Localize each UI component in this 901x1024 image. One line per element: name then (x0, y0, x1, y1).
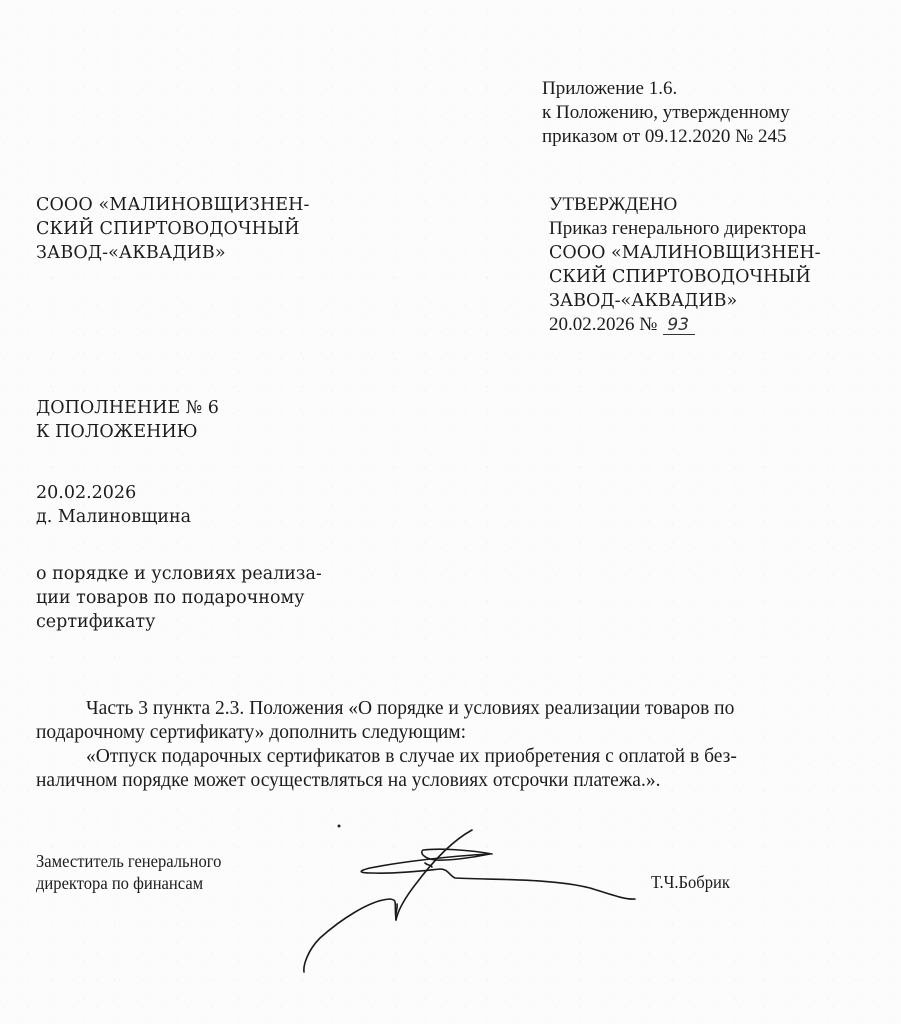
handwritten-signature-icon (290, 820, 650, 980)
appendix-line-2: к Положению, утвержденному (542, 101, 790, 125)
appendix-line-3: приказом от 09.12.2020 № 245 (542, 125, 790, 149)
organization-name: СООО «МАЛИНОВЩИЗНЕН- СКИЙ СПИРТОВОДОЧНЫЙ… (36, 193, 310, 265)
document-subject: о порядке и условиях реализа- ции товаро… (36, 562, 322, 634)
approved-date-number: 20.02.2026 №93 (549, 313, 821, 337)
approved-heading: УТВЕРЖДЕНО (549, 193, 821, 217)
organization-line-1: СООО «МАЛИНОВЩИЗНЕН- (36, 193, 310, 217)
approved-org-line-1: СООО «МАЛИНОВЩИЗНЕН- (549, 241, 821, 265)
organization-line-2: СКИЙ СПИРТОВОДОЧНЫЙ (36, 217, 310, 241)
signatory-position-line-1: Заместитель генерального (36, 850, 221, 872)
document-title-line-1: ДОПОЛНЕНИЕ № 6 (36, 396, 219, 420)
document-page: Приложение 1.6. к Положению, утвержденно… (0, 0, 901, 1024)
signatory-position: Заместитель генерального директора по фи… (36, 850, 221, 894)
signatory-position-line-2: директора по финансам (36, 872, 221, 894)
appendix-line-1: Приложение 1.6. (542, 77, 790, 101)
approved-date: 20.02.2026 № (549, 314, 657, 335)
approval-stamp-block: УТВЕРЖДЕНО Приказ генерального директора… (549, 193, 821, 337)
document-title-line-2: К ПОЛОЖЕНИЮ (36, 420, 219, 444)
subject-line-2: ции товаров по подарочному (36, 586, 322, 610)
appendix-reference: Приложение 1.6. к Положению, утвержденно… (542, 77, 790, 149)
subject-line-3: сертификату (36, 610, 322, 634)
body-line-2: подарочному сертификату» дополнить следу… (36, 721, 882, 745)
approved-order-line: Приказ генерального директора (549, 217, 821, 241)
document-date: 20.02.2026 (36, 481, 191, 505)
signatory-name: Т.Ч.Бобрик (651, 871, 730, 893)
subject-line-1: о порядке и условиях реализа- (36, 562, 322, 586)
body-line-1: Часть 3 пункта 2.3. Положения «О порядке… (36, 697, 882, 721)
approved-org-line-2: СКИЙ СПИРТОВОДОЧНЫЙ (549, 265, 821, 289)
handwritten-order-number: 93 (663, 316, 695, 335)
document-title: ДОПОЛНЕНИЕ № 6 К ПОЛОЖЕНИЮ (36, 396, 219, 444)
approved-org-line-3: ЗАВОД-«АКВАДИВ» (549, 289, 821, 313)
document-body: Часть 3 пункта 2.3. Положения «О порядке… (36, 697, 882, 793)
document-place: д. Малиновщина (36, 505, 191, 529)
organization-line-3: ЗАВОД-«АКВАДИВ» (36, 241, 310, 265)
body-line-4: наличном порядке может осуществляться на… (36, 769, 882, 793)
date-place: 20.02.2026 д. Малиновщина (36, 481, 191, 529)
body-line-3: «Отпуск подарочных сертификатов в случае… (36, 745, 882, 769)
